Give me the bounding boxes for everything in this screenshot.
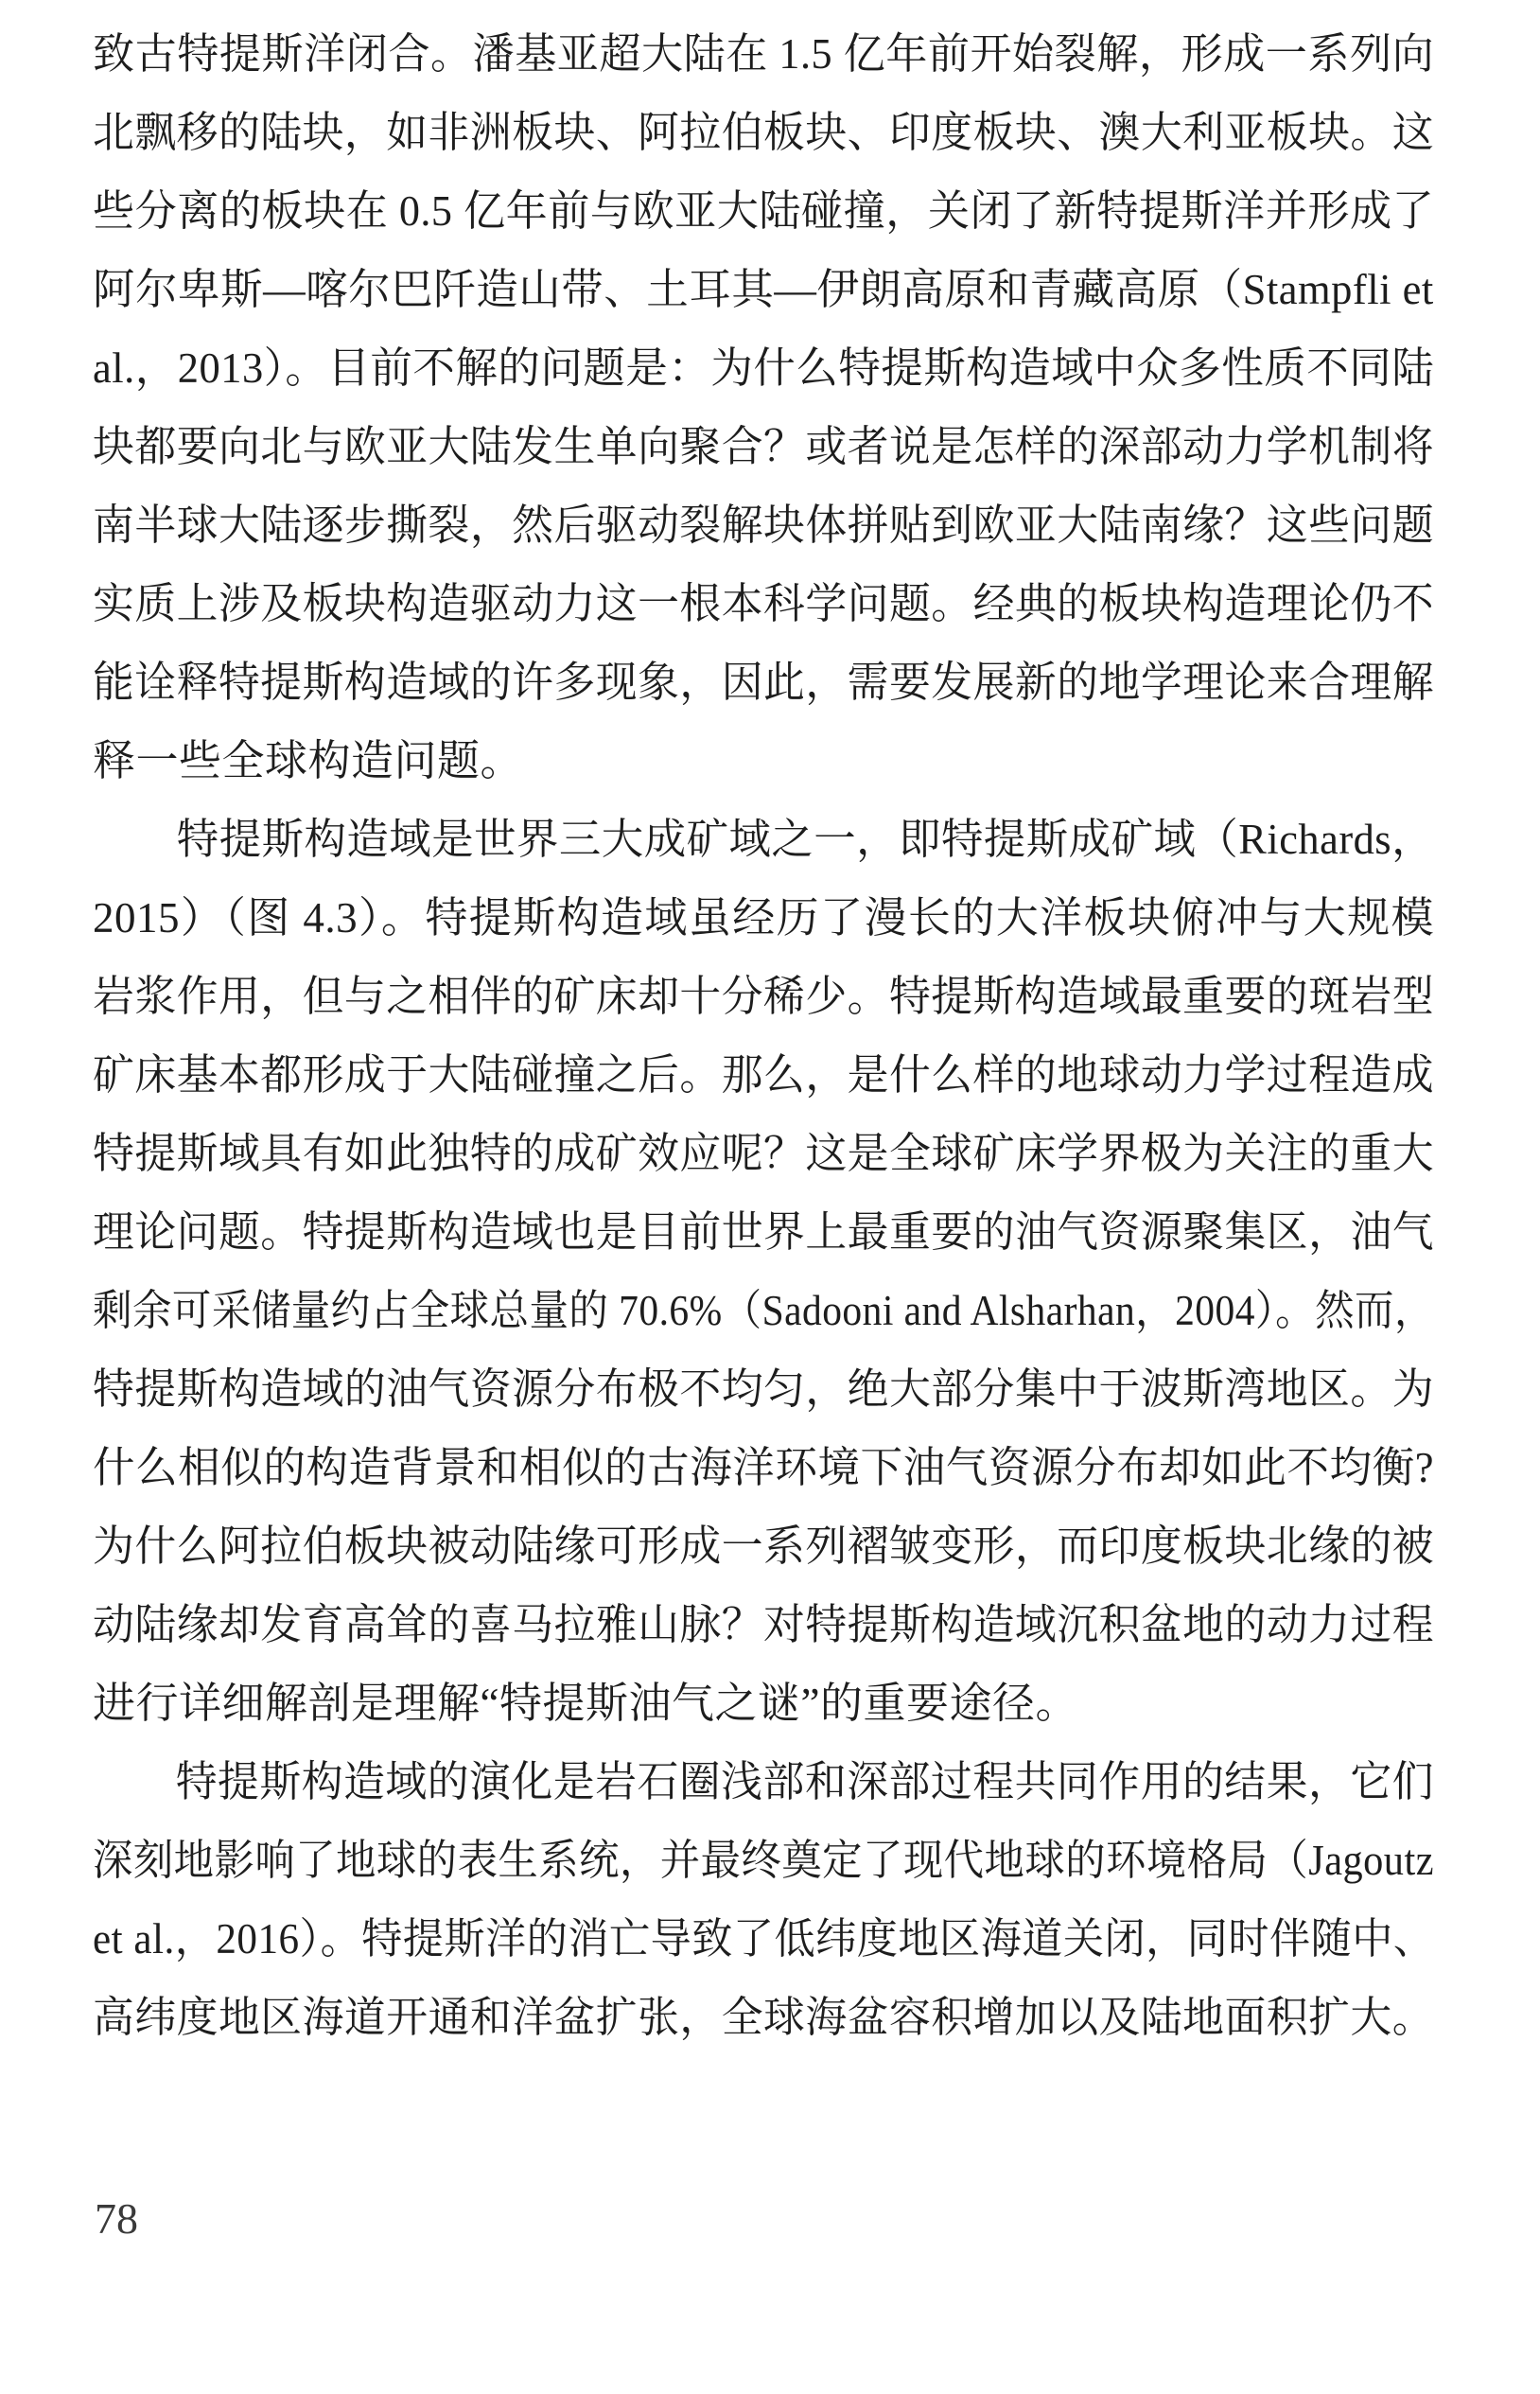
paragraph: 致古特提斯洋闭合。潘基亚超大陆在 1.5 亿年前开始裂解，形成一系列向北飘移的陆…: [93, 15, 1434, 801]
document-page: 致古特提斯洋闭合。潘基亚超大陆在 1.5 亿年前开始裂解，形成一系列向北飘移的陆…: [0, 0, 1540, 2394]
text-line: 南半球大陆逐步撕裂，然后驱动裂解块体拼贴到欧亚大陆南缘？这些问题: [93, 486, 1399, 565]
text-line: 特提斯构造域的演化是岩石圈浅部和深部过程共同作用的结果，它们: [93, 1743, 1400, 1822]
text-line: 矿床基本都形成于大陆碰撞之后。那么，是什么样的地球动力学过程造成: [93, 1036, 1399, 1115]
text-line: 深刻地影响了地球的表生系统，并最终奠定了现代地球的环境格局（Jagoutz: [93, 1822, 1356, 1900]
body-text: 致古特提斯洋闭合。潘基亚超大陆在 1.5 亿年前开始裂解，形成一系列向北飘移的陆…: [93, 15, 1434, 2057]
page-number: 78: [95, 2195, 138, 2243]
text-line: 致古特提斯洋闭合。潘基亚超大陆在 1.5 亿年前开始裂解，形成一系列向: [93, 15, 1409, 94]
text-line: 实质上涉及板块构造驱动力这一根本科学问题。经典的板块构造理论仍不: [93, 565, 1399, 643]
text-line: 理论问题。特提斯构造域也是目前世界上最重要的油气资源聚集区，油气: [93, 1193, 1399, 1272]
text-line: 些分离的板块在 0.5 亿年前与欧亚大陆碰撞，关闭了新特提斯洋并形成了: [93, 172, 1409, 251]
paragraph: 特提斯构造域的演化是岩石圈浅部和深部过程共同作用的结果，它们深刻地影响了地球的表…: [93, 1743, 1434, 2057]
text-line: 块都要向北与欧亚大陆发生单向聚合？或者说是怎样的深部动力学机制将: [93, 408, 1399, 486]
text-line: 什么相似的构造背景和相似的古海洋环境下油气资源分布却如此不均衡?: [93, 1429, 1422, 1507]
text-line: 特提斯构造域是世界三大成矿域之一，即特提斯成矿域（Richards，: [93, 801, 1416, 879]
text-line: 北飘移的陆块，如非洲板块、阿拉伯板块、印度板块、澳大利亚板块。这: [93, 94, 1399, 172]
text-line: 为什么阿拉伯板块被动陆缘可形成一系列褶皱变形，而印度板块北缘的被: [93, 1507, 1399, 1586]
text-line: 高纬度地区海道开通和洋盆扩张，全球海盆容积增加以及陆地面积扩大。: [93, 1979, 1399, 2057]
text-line: 岩浆作用，但与之相伴的矿床却十分稀少。特提斯构造域最重要的斑岩型: [93, 958, 1399, 1036]
text-line: et al.，2016）。特提斯洋的消亡导致了低纬度地区海道关闭，同时伴随中、: [93, 1900, 1379, 1979]
text-line: 特提斯域具有如此独特的成矿效应呢？这是全球矿床学界极为关注的重大: [93, 1115, 1399, 1193]
text-line: 能诠释特提斯构造域的许多现象，因此，需要发展新的地学理论来合理解: [93, 643, 1399, 722]
text-line: 释一些全球构造问题。: [93, 722, 1434, 801]
text-line: 动陆缘却发育高耸的喜马拉雅山脉？对特提斯构造域沉积盆地的动力过程: [93, 1586, 1399, 1664]
text-line: 2015）（图 4.3）。特提斯构造域虽经历了漫长的大洋板块俯冲与大规模: [93, 879, 1434, 958]
text-line: 剩余可采储量约占全球总量的 70.6%（Sadooni and Alsharha…: [93, 1272, 1329, 1350]
text-line: 阿尔卑斯—喀尔巴阡造山带、土耳其—伊朗高原和青藏高原（Stampfli et: [93, 251, 1420, 329]
text-line: 特提斯构造域的油气资源分布极不均匀，绝大部分集中于波斯湾地区。为: [93, 1350, 1399, 1429]
text-line: al.，2013）。目前不解的问题是：为什么特提斯构造域中众多性质不同陆: [93, 329, 1419, 408]
paragraph: 特提斯构造域是世界三大成矿域之一，即特提斯成矿域（Richards，2015）（…: [93, 801, 1434, 1743]
text-line: 进行详细解剖是理解“特提斯油气之谜”的重要途径。: [93, 1664, 1434, 1743]
